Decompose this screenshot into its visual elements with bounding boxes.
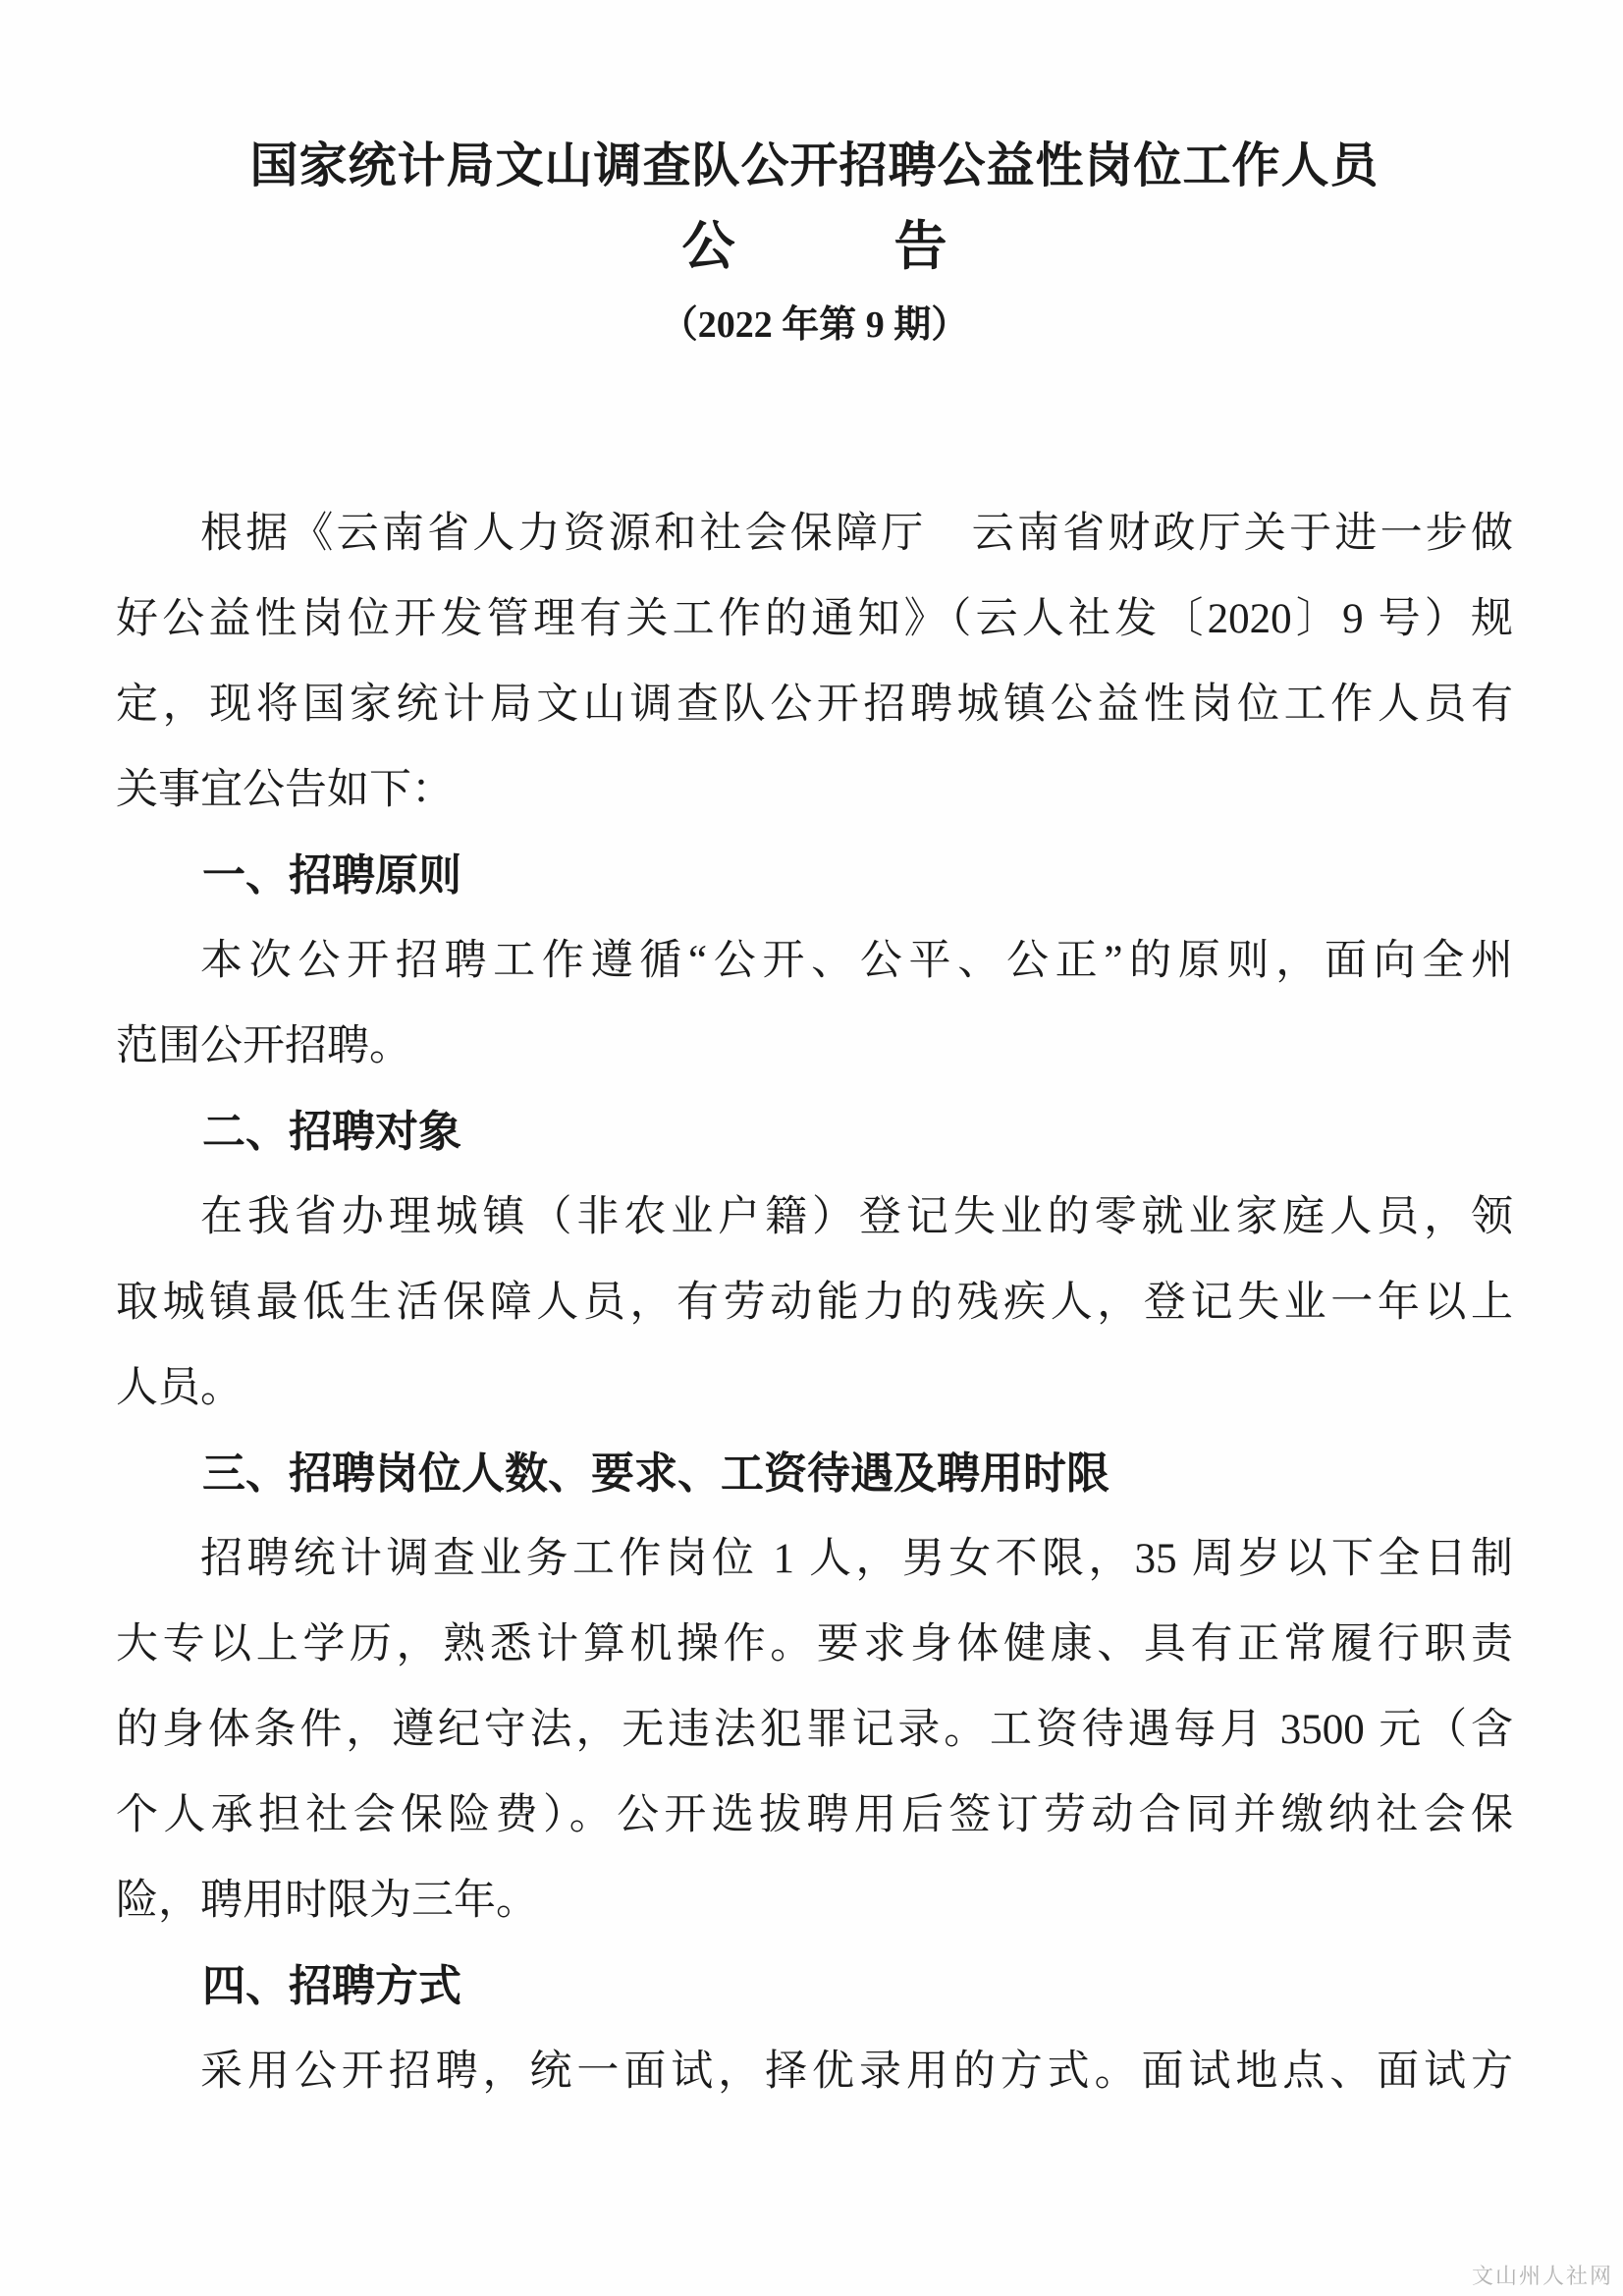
body-line: 采用公开招聘，统一面试，择优录用的方式。面试地点、面试方	[116, 2029, 1513, 2114]
body-line: 定，现将国家统计局文山调查队公开招聘城镇公益性岗位工作人员有	[116, 662, 1513, 747]
document-issue-number: （2022 年第 9 期）	[116, 294, 1513, 348]
section-heading: 一、招聘原则	[116, 833, 1513, 918]
body-line: 招聘统计调查业务工作岗位 1 人，男女不限，35 周岁以下全日制	[116, 1516, 1513, 1602]
document-content: 国家统计局文山调查队公开招聘公益性岗位工作人员 公 告 （2022 年第 9 期…	[116, 128, 1513, 2114]
section-heading: 四、招聘方式	[116, 1943, 1513, 2029]
body-line: 关事宜公告如下：	[116, 747, 1513, 833]
site-watermark: 文山州人社网	[1472, 2260, 1613, 2290]
scanned-document-page: 国家统计局文山调查队公开招聘公益性岗位工作人员 公 告 （2022 年第 9 期…	[0, 0, 1623, 2296]
section-heading: 三、招聘岗位人数、要求、工资待遇及聘用时限	[116, 1431, 1513, 1516]
body-line: 范围公开招聘。	[116, 1004, 1513, 1089]
body-line: 人员。	[116, 1345, 1513, 1431]
body-line: 个人承担社会保险费）。公开选拔聘用后签订劳动合同并缴纳社会保	[116, 1773, 1513, 1858]
body-line: 在我省办理城镇（非农业户籍）登记失业的零就业家庭人员，领	[116, 1175, 1513, 1260]
document-body: 根据《云南省人力资源和社会保障厅 云南省财政厅关于进一步做好公益性岗位开发管理有…	[116, 491, 1513, 2114]
body-line: 险，聘用时限为三年。	[116, 1858, 1513, 1943]
body-line: 大专以上学历，熟悉计算机操作。要求身体健康、具有正常履行职责	[116, 1602, 1513, 1687]
body-line: 本次公开招聘工作遵循“公开、公平、公正”的原则，面向全州	[116, 918, 1513, 1004]
document-subtitle: 公 告	[116, 204, 1513, 280]
document-title: 国家统计局文山调查队公开招聘公益性岗位工作人员	[116, 128, 1513, 196]
body-line: 取城镇最低生活保障人员，有劳动能力的残疾人，登记失业一年以上	[116, 1260, 1513, 1345]
body-line: 好公益性岗位开发管理有关工作的通知》（云人社发〔2020〕9 号）规	[116, 576, 1513, 662]
body-line: 的身体条件，遵纪守法，无违法犯罪记录。工资待遇每月 3500 元（含	[116, 1687, 1513, 1773]
body-line: 根据《云南省人力资源和社会保障厅 云南省财政厅关于进一步做	[116, 491, 1513, 576]
section-heading: 二、招聘对象	[116, 1089, 1513, 1175]
